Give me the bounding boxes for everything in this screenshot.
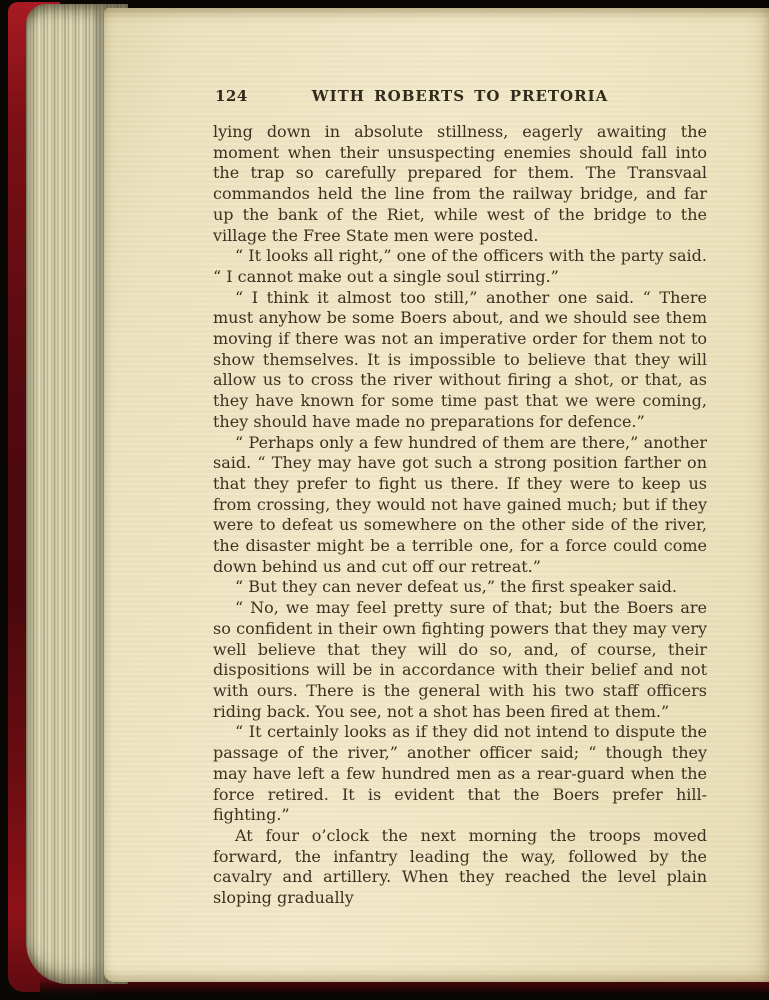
paragraph: “ But they can never defeat us,” the fir… <box>213 577 707 598</box>
scanned-book-photo: 124 WITH ROBERTS TO PRETORIA lying down … <box>0 0 769 1000</box>
book-page: 124 WITH ROBERTS TO PRETORIA lying down … <box>104 8 769 982</box>
page-number: 124 <box>215 87 248 105</box>
paragraph: “ No, we may feel pretty sure of that; b… <box>213 598 707 722</box>
paragraph: lying down in absolute stillness, eagerl… <box>213 122 707 246</box>
page-header: 124 WITH ROBERTS TO PRETORIA <box>213 87 707 105</box>
paragraph: “ I think it almost too still,” another … <box>213 288 707 433</box>
paragraph: At four o’clock the next morning the tro… <box>213 826 707 909</box>
paragraph: “ It looks all right,” one of the office… <box>213 246 707 287</box>
paragraph: “ It certainly looks as if they did not … <box>213 722 707 826</box>
paragraph: “ Perhaps only a few hundred of them are… <box>213 433 707 578</box>
page-text: lying down in absolute stillness, eagerl… <box>213 122 707 909</box>
running-header: WITH ROBERTS TO PRETORIA <box>312 87 608 105</box>
